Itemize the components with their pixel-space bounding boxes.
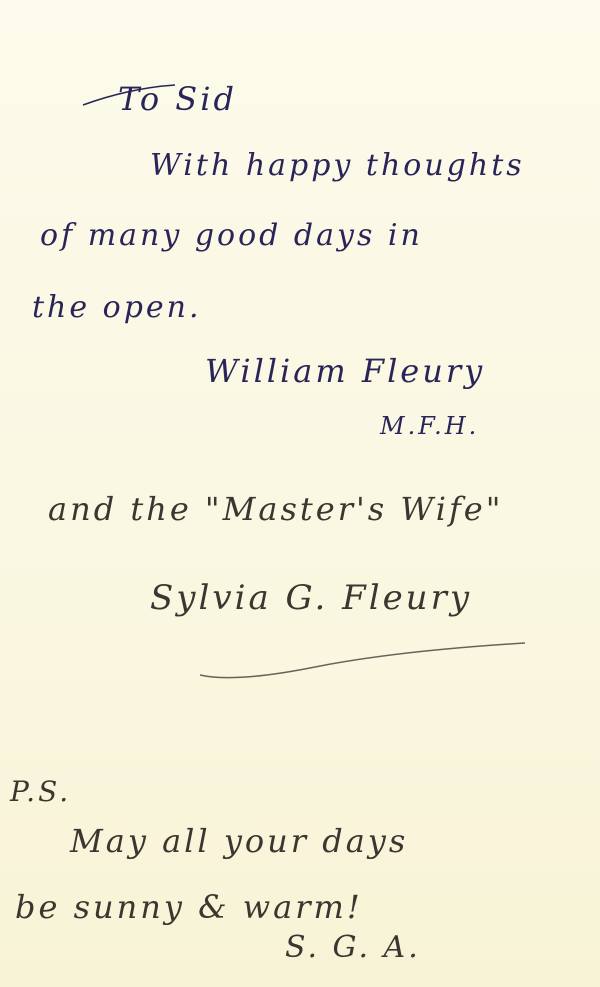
addendum-masters-wife: and the "Master's Wife" [48, 490, 503, 528]
inscription-page: To Sid With happy thoughts of many good … [0, 0, 600, 987]
postscript-line-2: be sunny & warm! [15, 888, 363, 926]
signature-sylvia: Sylvia G. Fleury [150, 578, 472, 618]
postscript-initials: S. G. A. [285, 930, 421, 965]
salutation: To Sid [118, 80, 237, 118]
signature-initials-mfh: M.F.H. [380, 412, 479, 440]
body-line-3: the open. [32, 290, 202, 325]
body-line-1: With happy thoughts [150, 148, 525, 183]
signature-flourish [195, 635, 535, 685]
postscript-label: P.S. [10, 775, 71, 808]
postscript-line-1: May all your days [70, 822, 408, 860]
signature-william: William Fleury [205, 352, 485, 390]
body-line-2: of many good days in [40, 218, 423, 253]
